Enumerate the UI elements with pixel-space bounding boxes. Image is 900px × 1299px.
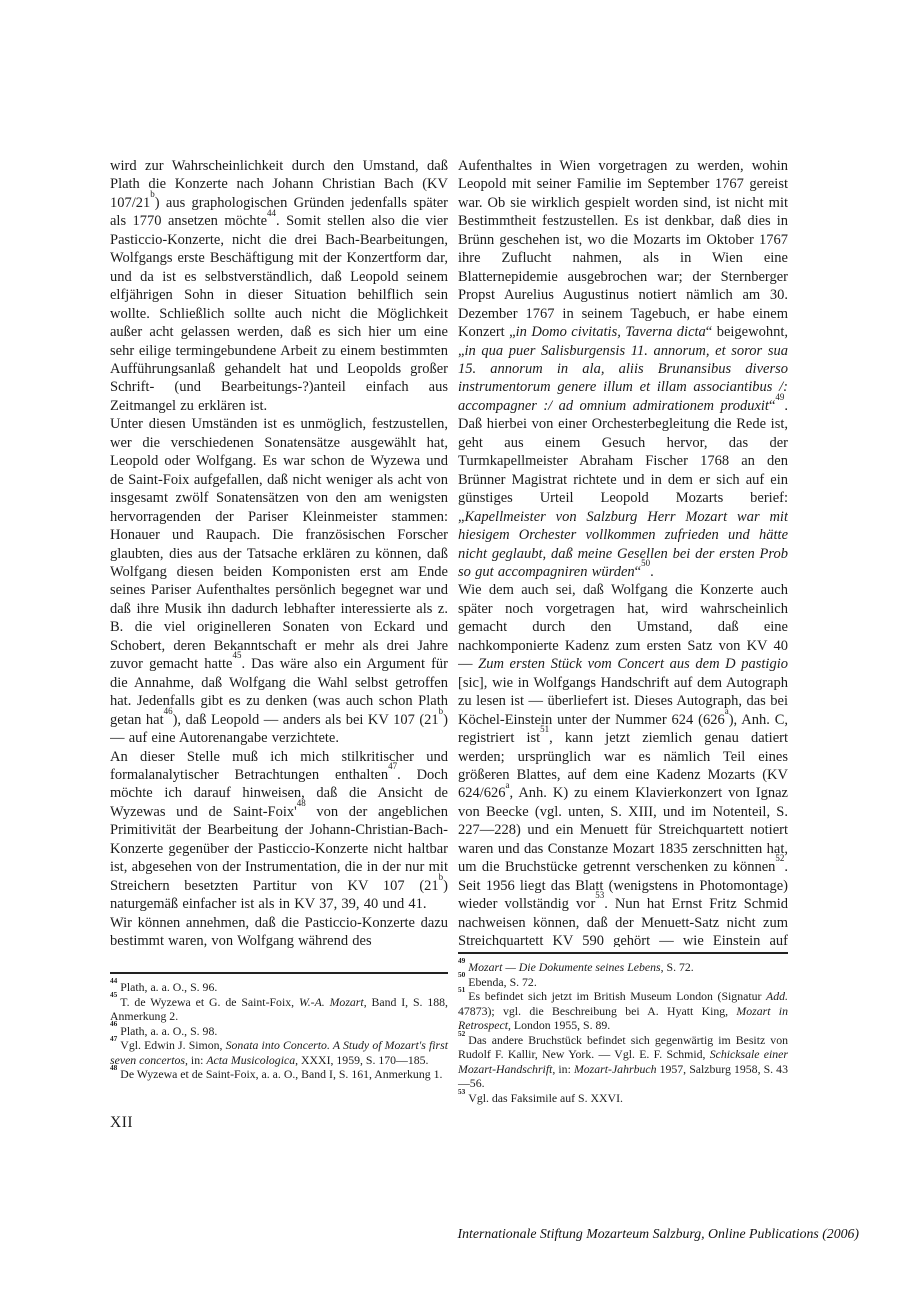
footer-credit: Internationale Stiftung Mozarteum Salzbu… xyxy=(458,1226,859,1242)
superscript-reference: a xyxy=(506,780,510,790)
text-run: Plath, a. a. O., S. 98. xyxy=(120,1024,217,1038)
text-run: . xyxy=(650,564,654,580)
paragraph: Wie dem auch sei, daß Wolfgang die Konze… xyxy=(458,581,788,947)
footnote-marker: 46 xyxy=(110,1019,120,1028)
text-run: , S. 72. xyxy=(661,960,694,974)
superscript-reference: 52 xyxy=(775,853,784,863)
footnote-marker: 50 xyxy=(458,970,468,979)
footnote-marker: 47 xyxy=(110,1034,120,1043)
text-run: Wir können annehmen, daß die Pasticcio-K… xyxy=(110,915,448,949)
italic-text-run: Mozart-Jahrbuch xyxy=(574,1062,657,1076)
text-run: Ebenda, S. 72. xyxy=(468,975,536,989)
footnote-50: 50Ebenda, S. 72. xyxy=(458,975,788,990)
paragraph: Unter diesen Umständen ist es unmöglich,… xyxy=(110,415,448,747)
superscript-reference: 45 xyxy=(232,650,241,660)
footnote-52: 52Das andere Bruchstück befindet sich ge… xyxy=(458,1033,788,1091)
superscript-reference: 44 xyxy=(267,208,276,218)
text-run: ), daß Leopold — anders als bei KV 107 (… xyxy=(173,712,439,728)
footnote-45: 45T. de Wyzewa et G. de Saint-Foix, W.-A… xyxy=(110,995,448,1024)
text-run: , XXXI, 1959, S. 170—185. xyxy=(295,1053,428,1067)
footnote-marker: 51 xyxy=(458,985,468,994)
text-run: Vgl. das Faksimile auf S. XXVI. xyxy=(468,1091,623,1105)
right-column-text: Aufenthaltes in Wien vorgetragen zu werd… xyxy=(458,157,788,947)
superscript-reference: 51 xyxy=(540,724,549,734)
footnote-marker: 53 xyxy=(458,1087,468,1096)
footnote-marker: 45 xyxy=(110,990,120,999)
italic-text-run: in qua puer Salisburgensis 11. annorum, … xyxy=(458,343,788,414)
italic-text-run: Kapellmeister von Salzburg Herr Mozart w… xyxy=(458,509,788,580)
superscript-reference: 49 xyxy=(775,392,784,402)
superscript-reference: 48 xyxy=(297,798,306,808)
footnote-47: 47Vgl. Edwin J. Simon, Sonata into Conce… xyxy=(110,1038,448,1067)
superscript-reference: a xyxy=(725,706,729,716)
footnote-53: 53Vgl. das Faksimile auf S. XXVI. xyxy=(458,1091,788,1106)
superscript-reference: b xyxy=(439,872,444,882)
italic-text-run: Add. xyxy=(766,989,788,1003)
footnote-49: 49Mozart — Die Dokumente seines Lebens, … xyxy=(458,960,788,975)
left-column-footnotes: 44Plath, a. a. O., S. 96.45T. de Wyzewa … xyxy=(110,972,448,1082)
italic-text-run: Acta Musicologica xyxy=(206,1053,295,1067)
text-run: . Daß hierbei von einer Orchesterbegleit… xyxy=(458,398,788,525)
text-run: Vgl. Edwin J. Simon, xyxy=(120,1038,225,1052)
superscript-reference: b xyxy=(150,189,155,199)
page-number: XII xyxy=(110,1114,133,1132)
left-column-text: wird zur Wahrscheinlichkeit durch den Um… xyxy=(110,157,448,967)
text-run: , in: xyxy=(185,1053,206,1067)
italic-text-run: in Domo civitatis, Taverna dicta xyxy=(516,324,706,340)
italic-text-run: Mozart — Die Dokumente seines Lebens xyxy=(468,960,660,974)
text-run: Unter diesen Umständen ist es unmöglich,… xyxy=(110,416,448,672)
superscript-reference: 47 xyxy=(388,761,397,771)
document-page: wird zur Wahrscheinlichkeit durch den Um… xyxy=(0,0,900,1299)
footnote-46: 46Plath, a. a. O., S. 98. xyxy=(110,1024,448,1039)
text-run: Es befindet sich jetzt im British Museum… xyxy=(468,989,766,1003)
text-run: Aufenthaltes in Wien vorgetragen zu werd… xyxy=(458,158,788,340)
footnote-marker: 44 xyxy=(110,976,120,985)
italic-text-run: Zum ersten Stück vom Concert aus dem D p… xyxy=(478,656,788,672)
italic-text-run: W.-A. Mozart xyxy=(299,995,364,1009)
text-run: . Somit stellen also die vier Pasticcio-… xyxy=(110,213,448,414)
superscript-reference: 53 xyxy=(595,890,604,900)
paragraph: Aufenthaltes in Wien vorgetragen zu werd… xyxy=(458,157,788,581)
text-run: De Wyzewa et de Saint-Foix, a. a. O., Ba… xyxy=(120,1067,442,1081)
footnote-44: 44Plath, a. a. O., S. 96. xyxy=(110,980,448,995)
footnote-marker: 49 xyxy=(458,956,468,965)
footnote-marker: 52 xyxy=(458,1029,468,1038)
superscript-reference: 46 xyxy=(164,706,173,716)
text-run: , Anh. K) zu einem Klavierkonzert von Ig… xyxy=(458,785,788,875)
paragraph: Wir können annehmen, daß die Pasticcio-K… xyxy=(110,914,448,951)
superscript-reference: 50 xyxy=(641,558,650,568)
right-column-footnotes: 49Mozart — Die Dokumente seines Lebens, … xyxy=(458,952,788,1105)
text-run: T. de Wyzewa et G. de Saint-Foix, xyxy=(120,995,299,1009)
footnote-48: 48De Wyzewa et de Saint-Foix, a. a. O., … xyxy=(110,1067,448,1082)
paragraph: wird zur Wahrscheinlichkeit durch den Um… xyxy=(110,157,448,415)
paragraph: An dieser Stelle muß ich mich stilkritis… xyxy=(110,748,448,914)
superscript-reference: b xyxy=(439,706,444,716)
text-run: , in: xyxy=(552,1062,574,1076)
footnote-51: 51Es befindet sich jetzt im British Muse… xyxy=(458,989,788,1033)
text-run: 47873); vgl. die Beschreibung bei A. Hya… xyxy=(458,1004,736,1018)
text-run: , London 1955, S. 89. xyxy=(508,1018,610,1032)
text-run: Plath, a. a. O., S. 96. xyxy=(120,980,217,994)
footnote-marker: 48 xyxy=(110,1063,120,1072)
